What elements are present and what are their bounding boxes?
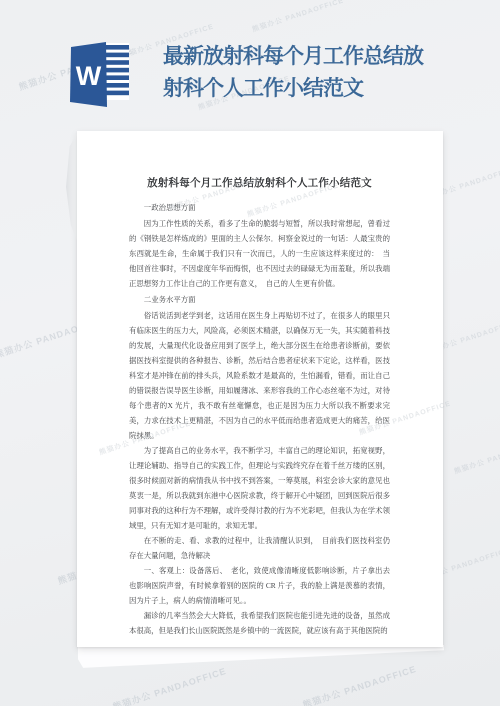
- document-content: 放射科每个月工作总结放射科个人工作小结范文 一政治思想方面 因为工作性质的关系，…: [77, 131, 443, 638]
- doc-paragraph: 俗话说活到老学到老，这话用在医生身上再贴切不过了，在很多人的眼里只有临床医生的压…: [129, 308, 390, 443]
- watermark: 熊猫办公 PANDAOFFICE: [111, 664, 228, 706]
- page: { "header": { "title_line1": "最新放射科每个月工作…: [0, 0, 500, 706]
- doc-paragraph: 在不断的走、看、求教的过程中，让我清醒认识到， 目前我们医技科室仍存在大量问题，…: [129, 533, 390, 563]
- watermark: 熊猫办公 PANDAOFFICE: [453, 437, 500, 476]
- doc-heading-1: 一政治思想方面: [129, 200, 390, 215]
- preview-title-link[interactable]: 最新放射科每个月工作总结放 射科个人工作小结范文: [163, 40, 453, 104]
- doc-paragraph: 漏诊的几率当然会大大降低，我希望我们医院也能引进先进的设备，虽然成本很高，但是我…: [129, 608, 390, 638]
- preview-title-line2: 射科个人工作小结范文: [163, 72, 453, 104]
- doc-heading-2: 二业务水平方面: [129, 292, 390, 307]
- watermark: 熊猫办公 PANDAOFFICE: [301, 662, 418, 706]
- document-page: 放射科每个月工作总结放射科个人工作小结范文 一政治思想方面 因为工作性质的关系，…: [77, 131, 443, 647]
- document-title: 放射科每个月工作总结放射科个人工作小结范文: [129, 175, 390, 190]
- watermark: 熊猫办公 PANDAOFFICE: [251, 0, 345, 35]
- word-icon-letter: W: [76, 61, 102, 91]
- doc-paragraph: 为了提高自己的业务水平，我不断学习，丰富自己的理论知识，拓宽视野，让理论辅助、指…: [129, 443, 390, 533]
- back-sheet-bottom-edge: [78, 645, 444, 671]
- preview-title-line1: 最新放射科每个月工作总结放: [163, 40, 453, 72]
- doc-paragraph: 因为工作性质的关系，看多了生命的脆弱与短暂，所以我时常想起，曾看过的《钢铁是怎样…: [129, 216, 390, 291]
- word-file-icon: W: [70, 42, 130, 108]
- doc-paragraph: 一、客观上：设备落后、 老化，致使成像清晰度低影响诊断，片子拿出去也影响医院声誉…: [129, 563, 390, 608]
